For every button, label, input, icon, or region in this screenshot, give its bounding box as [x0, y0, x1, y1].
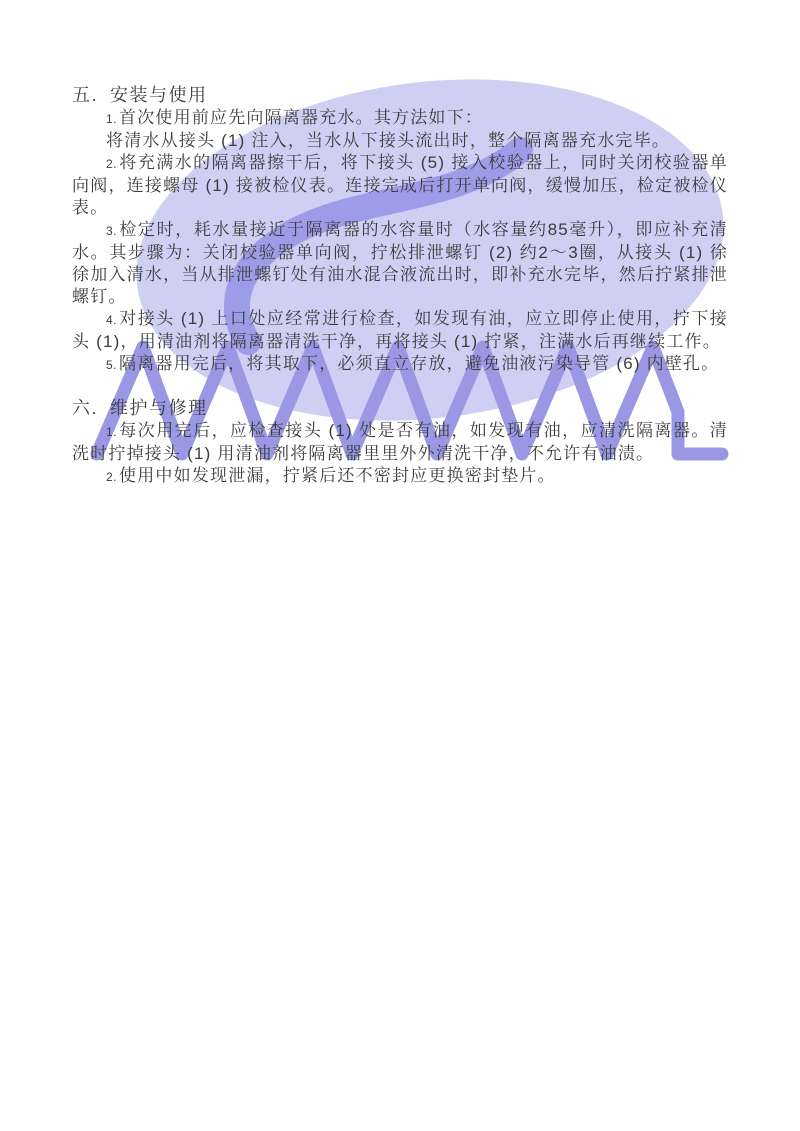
item-marker: 5. — [106, 358, 117, 372]
section-title: 维护与修理 — [110, 398, 208, 418]
paragraph-text: 每次用完后，应检查接头 (1) 处是否有油，如发现有油，应清洗隔离器。清洗时拧掉… — [72, 421, 728, 463]
paragraph-text: 将充满水的隔离器擦干后，将下接头 (5) 接入校验器上，同时关闭校验器单向阀，连… — [72, 153, 728, 217]
paragraph: 5.隔离器用完后，将其取下，必须直立存放，避免油液污染导管 (6) 内壁孔。 — [72, 353, 728, 376]
document-content: 五.安装与使用 1.首次使用前应先向隔离器充水。其方法如下： 将清水从接头 (1… — [72, 84, 728, 488]
section-installation-and-use: 五.安装与使用 1.首次使用前应先向隔离器充水。其方法如下： 将清水从接头 (1… — [72, 84, 728, 376]
item-marker: 4. — [106, 313, 117, 327]
paragraph: 3.检定时，耗水量接近于隔离器的水容量时（水容量约85毫升），即应补充清水。其步… — [72, 219, 728, 308]
section-number: 五. — [72, 85, 98, 105]
section-number: 六. — [72, 398, 98, 418]
item-marker: 3. — [106, 224, 117, 238]
paragraph: 2.使用中如发现泄漏，拧紧后还不密封应更换密封垫片。 — [72, 465, 728, 488]
paragraph: 1.首次使用前应先向隔离器充水。其方法如下： — [72, 107, 728, 130]
paragraph-text: 将清水从接头 (1) 注入，当水从下接头流出时，整个隔离器充水完毕。 — [106, 131, 670, 150]
item-marker: 1. — [106, 112, 117, 126]
paragraph-text: 使用中如发现泄漏，拧紧后还不密封应更换密封垫片。 — [119, 466, 556, 485]
item-marker: 1. — [106, 425, 117, 439]
paragraph-text: 隔离器用完后，将其取下，必须直立存放，避免油液污染导管 (6) 内壁孔。 — [119, 354, 719, 373]
item-marker: 2. — [106, 470, 117, 484]
paragraph-text: 检定时，耗水量接近于隔离器的水容量时（水容量约85毫升），即应补充清水。其步骤为… — [72, 220, 728, 306]
section-heading: 五.安装与使用 — [72, 84, 728, 107]
paragraph-text: 首次使用前应先向隔离器充水。其方法如下： — [119, 108, 483, 127]
paragraph: 4.对接头 (1) 上口处应经常进行检查，如发现有油，应立即停止使用，拧下接头 … — [72, 308, 728, 353]
section-maintenance-and-repair: 六.维护与修理 1.每次用完后，应检查接头 (1) 处是否有油，如发现有油，应清… — [72, 397, 728, 488]
paragraph: 将清水从接头 (1) 注入，当水从下接头流出时，整个隔离器充水完毕。 — [72, 130, 728, 152]
paragraph-text: 对接头 (1) 上口处应经常进行检查，如发现有油，应立即停止使用，拧下接头 (1… — [72, 309, 728, 351]
paragraph: 1.每次用完后，应检查接头 (1) 处是否有油，如发现有油，应清洗隔离器。清洗时… — [72, 420, 728, 465]
section-title: 安装与使用 — [110, 85, 208, 105]
item-marker: 2. — [106, 157, 117, 171]
section-heading: 六.维护与修理 — [72, 397, 728, 420]
paragraph: 2.将充满水的隔离器擦干后，将下接头 (5) 接入校验器上，同时关闭校验器单向阀… — [72, 152, 728, 219]
